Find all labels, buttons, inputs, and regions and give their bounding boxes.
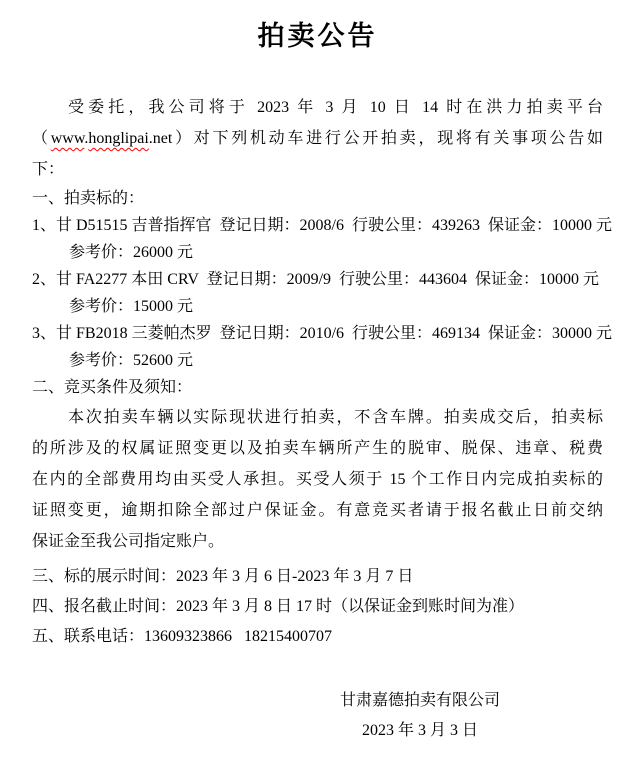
auction-notice-document: 拍卖公告 受委托，我公司将于 2023 年 3 月 10 日 14 时在洪力拍卖…	[0, 0, 629, 784]
lot-item-3-reference-price: 参考价：52600 元	[32, 347, 603, 374]
signature-block: 甘肃嘉德拍卖有限公司 2023 年 3 月 3 日	[32, 686, 603, 746]
intro-line-3: 下：	[32, 154, 603, 185]
lot-item-3-details: 3、甘 FB2018 三菱帕杰罗 登记日期：2010/6 行驶公里：469134…	[32, 320, 603, 347]
intro-line-2: （www.honglipai.net）对下列机动车进行公开拍卖，现将有关事项公告…	[32, 123, 603, 154]
terms-line-3: 在内的全部费用均由买受人承担。买受人须于 15 个工作日内完成拍卖标的	[32, 464, 603, 495]
intro-line-2-text: ）对下列机动车进行公开拍卖，现将有关事项公告如	[172, 130, 603, 147]
company-name: 甘肃嘉德拍卖有限公司	[237, 686, 603, 716]
terms-line-4: 证照变更，逾期扣除全部过户保证金。有意竞买者请于报名截止日前交纳	[32, 495, 603, 526]
url-segment-tld: net	[153, 130, 173, 147]
section1-heading: 一、拍卖标的：	[32, 185, 603, 212]
url-segment-host: honglipai	[88, 130, 148, 147]
signature-date: 2023 年 3 月 3 日	[237, 716, 603, 746]
terms-line-2: 的所涉及的权属证照变更以及拍卖车辆所产生的脱审、脱保、违章、税费	[32, 433, 603, 464]
section2-heading: 二、竞买条件及须知：	[32, 374, 603, 402]
open-paren: （	[32, 130, 51, 147]
lot-item-1-reference-price: 参考价：26000 元	[32, 239, 603, 266]
terms-line-5: 保证金至我公司指定账户。	[32, 526, 603, 557]
lot-item-2-reference-price: 参考价：15000 元	[32, 293, 603, 320]
lot-item-1-details: 1、甘 D51515 吉普指挥官 登记日期：2008/6 行驶公里：439263…	[32, 212, 603, 239]
url-segment-www: www	[51, 130, 85, 147]
auction-lots-section: 一、拍卖标的： 1、甘 D51515 吉普指挥官 登记日期：2008/6 行驶公…	[32, 185, 603, 374]
section4-registration-deadline: 四、报名截止时间：2023 年 3 月 8 日 17 时（以保证金到账时间为准）	[32, 592, 603, 622]
intro-line-1: 受委托，我公司将于 2023 年 3 月 10 日 14 时在洪力拍卖平台	[32, 92, 603, 123]
section3-display-time: 三、标的展示时间：2023 年 3 月 6 日-2023 年 3 月 7 日	[32, 562, 603, 592]
lot-item-2-details: 2、甘 FA2277 本田 CRV 登记日期：2009/9 行驶公里：44360…	[32, 266, 603, 293]
document-title: 拍卖公告	[32, 20, 603, 52]
intro-paragraph: 受委托，我公司将于 2023 年 3 月 10 日 14 时在洪力拍卖平台 （w…	[32, 92, 603, 185]
section5-contact-phones: 五、联系电话：13609323866 18215400707	[32, 622, 603, 652]
schedule-sections: 三、标的展示时间：2023 年 3 月 6 日-2023 年 3 月 7 日 四…	[32, 562, 603, 652]
terms-line-1: 本次拍卖车辆以实际现状进行拍卖，不含车牌。拍卖成交后，拍卖标	[32, 402, 603, 433]
bidding-terms-paragraph: 本次拍卖车辆以实际现状进行拍卖，不含车牌。拍卖成交后，拍卖标 的所涉及的权属证照…	[32, 402, 603, 557]
